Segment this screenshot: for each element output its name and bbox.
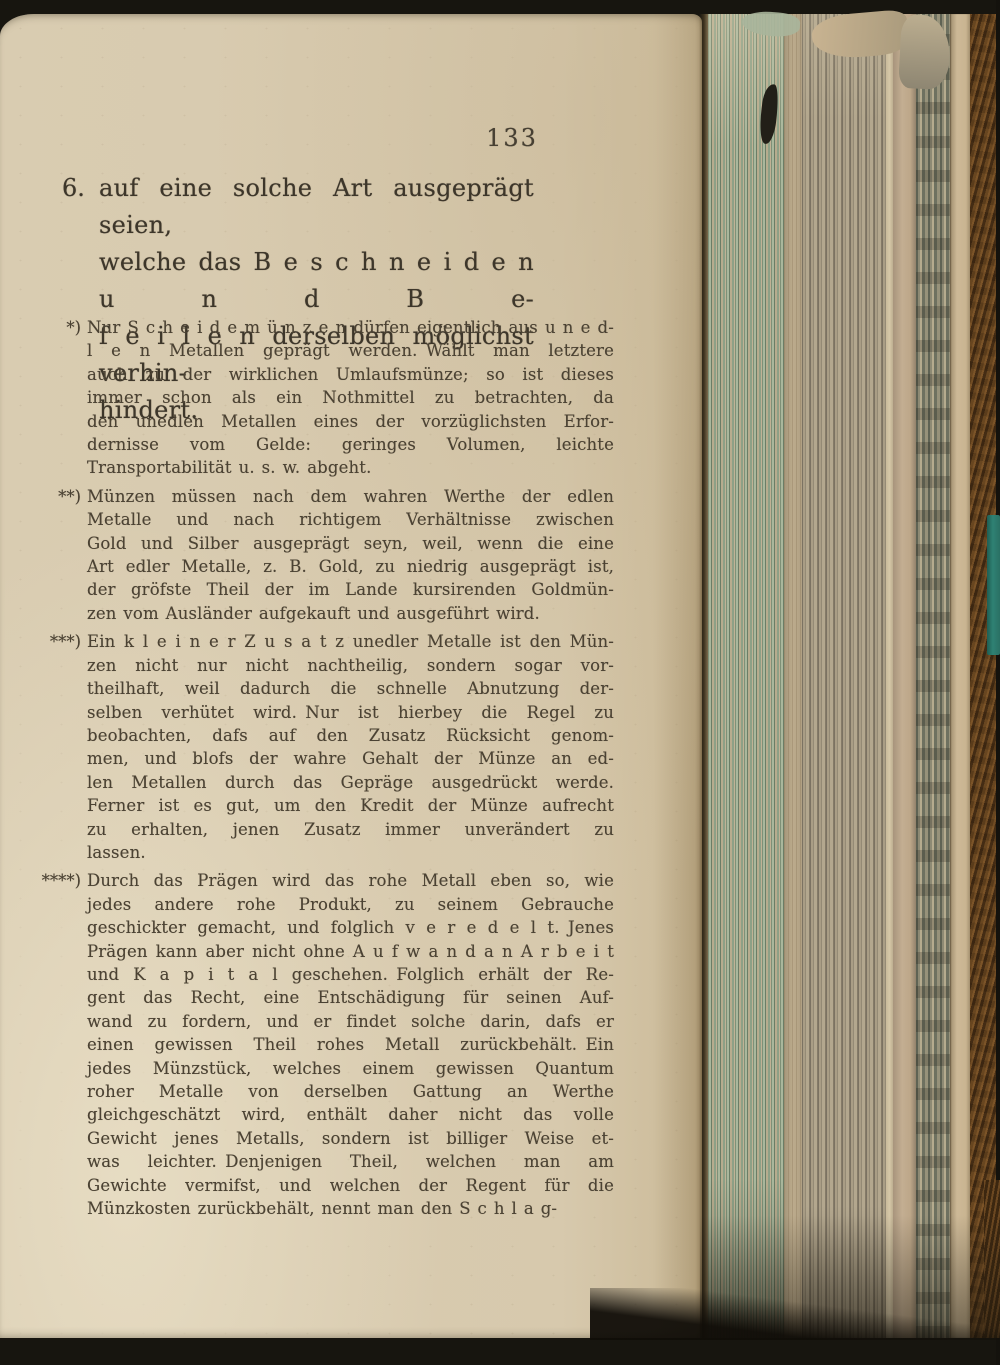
footnote-line: zen nicht nur nicht nachtheilig, sondern…	[87, 654, 614, 677]
footnote-line: zu erhalten, jenen Zusatz immer unveränd…	[87, 818, 614, 841]
footnote-line: Gewicht jenes Metalls, sondern ist billi…	[87, 1127, 614, 1150]
footnote-line: roher Metalle von derselben Gattung an W…	[87, 1080, 614, 1103]
footnote-line: Gewichte vermifst, und welchen der Regen…	[87, 1174, 614, 1197]
footnote-line: immer schon als ein Nothmittel zu betrac…	[87, 386, 614, 409]
page-number: 133	[472, 124, 552, 152]
footnote-marker: ***)	[40, 630, 81, 653]
teal-bookmark	[987, 515, 1000, 655]
footnote-line: Ein k l e i n e r Z u s a t z unedler Me…	[87, 630, 614, 653]
footnote-line: einen gewissen Theil rohes Metall zurück…	[87, 1033, 614, 1056]
footnote-line: gleichgeschätzt wird, enthält daher nich…	[87, 1103, 614, 1126]
footnote-marker: **)	[40, 485, 81, 508]
fore-edge-cream-line	[886, 14, 893, 1338]
footnote-line: was leichter. Denjenigen Theil, welchen …	[87, 1150, 614, 1173]
footnotes: *)Nur S c h e i d e m ü n z e n dürfen e…	[40, 316, 614, 1225]
footnote-line: selben verhütet wird. Nur ist hierbey di…	[87, 701, 614, 724]
footnote-line: theilhaft, weil dadurch die schnelle Abn…	[87, 677, 614, 700]
footnote-line: Gold und Silber ausgeprägt seyn, weil, w…	[87, 532, 614, 555]
footnote-line: Münzkosten zurückbehält, nennt man den S…	[87, 1197, 614, 1220]
footnote-line: beobachten, dafs auf den Zusatz Rücksich…	[87, 724, 614, 747]
fore-edge-tan-band	[784, 14, 802, 1338]
footnote-line: geschickter gemacht, und folglich v e r …	[87, 916, 614, 939]
footnote-line: Nur S c h e i d e m ü n z e n dürfen eig…	[87, 316, 614, 339]
footnote-line: jedes Münzstück, welches einem gewissen …	[87, 1057, 614, 1080]
footnote-line: l e n Metallen geprägt werden. Wählt man…	[87, 339, 614, 362]
footnote-line: gent das Recht, eine Entschädigung für s…	[87, 986, 614, 1009]
footnote-line: men, und blofs der wahre Gehalt der Münz…	[87, 747, 614, 770]
footnote-line: Münzen müssen nach dem wahren Werthe der…	[87, 485, 614, 508]
fore-edge-seam-shadow	[699, 14, 708, 1338]
background-right-edge	[996, 0, 1000, 1365]
footnote-line: jedes andere rohe Produkt, zu seinem Geb…	[87, 893, 614, 916]
footnote-line: zen vom Ausländer aufgekauft und ausgefü…	[87, 602, 614, 625]
heading-line: welche das B e s c h n e i d e n u n d B…	[99, 244, 534, 318]
footnote: ***)Ein k l e i n e r Z u s a t z unedle…	[40, 630, 614, 864]
footnote-line: auch zu der wirklichen Umlaufsmünze; so …	[87, 363, 614, 386]
book-cover-edge	[970, 14, 996, 1338]
footnote-line: len Metallen durch das Gepräge ausgedrüc…	[87, 771, 614, 794]
footnote-line: Prägen kann aber nicht ohne A u f w a n …	[87, 940, 614, 963]
bottom-shadow-wedge	[590, 1288, 1000, 1340]
footnote-line: den unedlen Metallen eines der vorzüglic…	[87, 410, 614, 433]
footnote: *)Nur S c h e i d e m ü n z e n dürfen e…	[40, 316, 614, 480]
footnote-line: Transportabilität u. s. w. abgeht.	[87, 456, 614, 479]
footnote-line: Metalle und nach richtigem Verhältnisse …	[87, 508, 614, 531]
fore-edge-smooth-band	[893, 14, 916, 1338]
footnote-line: der gröfste Theil der im Lande kursirend…	[87, 578, 614, 601]
footnote-line: Art edler Metalle, z. B. Gold, zu niedri…	[87, 555, 614, 578]
footnote-line: Durch das Prägen wird das rohe Metall eb…	[87, 869, 614, 892]
footnote-marker: *)	[40, 316, 81, 339]
footnote-line: Ferner ist es gut, um den Kredit der Mün…	[87, 794, 614, 817]
footnote-line: dernisse vom Gelde: geringes Volumen, le…	[87, 433, 614, 456]
fore-edge-green-band	[708, 14, 784, 1338]
heading-line: auf eine solche Art ausgeprägt seien,	[99, 170, 534, 244]
book-page: 133 6. auf eine solche Art ausgeprägt se…	[0, 14, 702, 1338]
fore-edge-endpaper-strip	[950, 14, 970, 1338]
fore-edge-mottled-band	[916, 14, 950, 1338]
footnote-marker: ****)	[40, 869, 81, 892]
footnote: **)Münzen müssen nach dem wahren Werthe …	[40, 485, 614, 625]
book-scan: 133 6. auf eine solche Art ausgeprägt se…	[0, 0, 1000, 1365]
fore-edge-gray-band	[802, 14, 886, 1338]
footnote-line: wand zu fordern, und er findet solche da…	[87, 1010, 614, 1033]
section-number: 6.	[62, 170, 85, 207]
footnote: ****)Durch das Prägen wird das rohe Meta…	[40, 869, 614, 1220]
footnote-line: lassen.	[87, 841, 614, 864]
footnote-line: und K a p i t a l geschehen. Folglich er…	[87, 963, 614, 986]
